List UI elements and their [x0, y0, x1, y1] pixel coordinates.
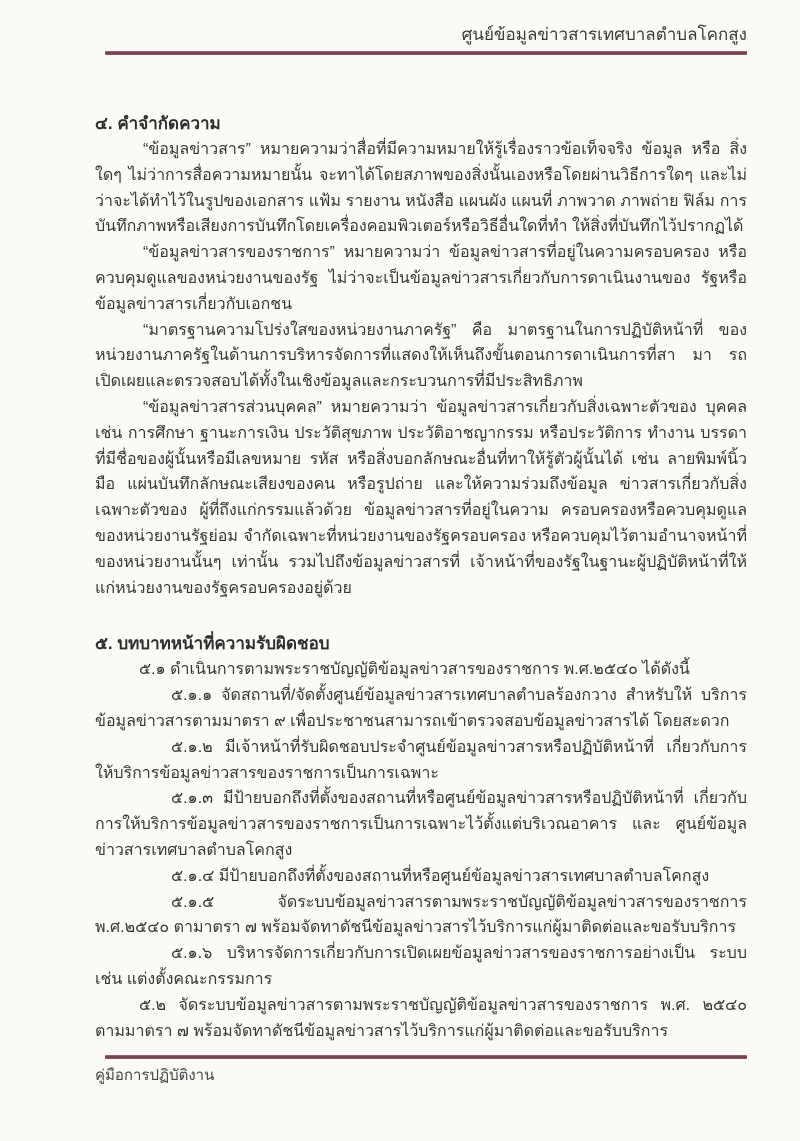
header-title: ศูนย์ข้อมูลข่าวสารเทศบาลตำบลโคกสูง: [95, 24, 747, 46]
section-4-paragraph-1: “ข้อมูลข่าวสาร” หมายความว่าสื่อที่มีความ…: [95, 137, 747, 240]
section-4-paragraph-3: “มาตรฐานความโปร่งใสของหน่วยงานภาครัฐ” คื…: [95, 318, 747, 395]
section-5-item-5-1-5: ๕.๑.๕ จัดระบบข้อมูลข่าวสารตามพระราชบัญญั…: [95, 890, 747, 942]
section-5-item-5-1-4: ๕.๑.๔ มีป้ายบอกถึงที่ตั้งของสถานที่หรือศ…: [95, 864, 747, 890]
section-5-heading: ๕. บทบาทหน้าที่ความรับผิดชอบ: [95, 631, 747, 657]
footer-label: คู่มือการปฏิบัติงาน: [95, 1066, 747, 1086]
section-5-item-5-1-2: ๕.๑.๒ มีเจ้าหน้าที่รับผิดชอบประจำศูนย์ข้…: [95, 735, 747, 787]
header-divider-rule: [105, 51, 747, 55]
section-4-paragraph-2: “ข้อมูลข่าวสารของราชการ” หมายความว่า ข้อ…: [95, 240, 747, 317]
footer-divider-rule: [105, 1055, 747, 1059]
section-5-item-5-1: ๕.๑ ดำเนินการตามพระราชบัญญัติข้อมูลข่าวส…: [95, 657, 747, 683]
page-header: ศูนย์ข้อมูลข่าวสารเทศบาลตำบลโคกสูง: [95, 24, 747, 55]
document-content: ศูนย์ข้อมูลข่าวสารเทศบาลตำบลโคกสูง ๔. คำ…: [95, 24, 747, 1044]
section-5-item-5-1-1: ๕.๑.๑ จัดสถานที่/จัดตั้งศูนย์ข้อมูลข่าวส…: [95, 683, 747, 735]
section-4-heading: ๔. คำจำกัดความ: [95, 111, 747, 137]
section-5-item-5-1-3: ๕.๑.๓ มีป้ายบอกถึงที่ตั้งของสถานที่หรือศ…: [95, 786, 747, 863]
section-5-item-5-1-6: ๕.๑.๖ บริหารจัดการเกี่ยวกับการเปิดเผยข้อ…: [95, 941, 747, 993]
page-footer: คู่มือการปฏิบัติงาน: [95, 1050, 747, 1086]
document-page: ศูนย์ข้อมูลข่าวสารเทศบาลตำบลโคกสูง ๔. คำ…: [0, 0, 800, 1141]
section-4-paragraph-4: “ข้อมูลข่าวสารส่วนบุคคล” หมายความว่า ข้อ…: [95, 395, 747, 601]
section-5-item-5-2: ๕.๒ จัดระบบข้อมูลข่าวสารตามพระราชบัญญัติ…: [95, 993, 747, 1045]
